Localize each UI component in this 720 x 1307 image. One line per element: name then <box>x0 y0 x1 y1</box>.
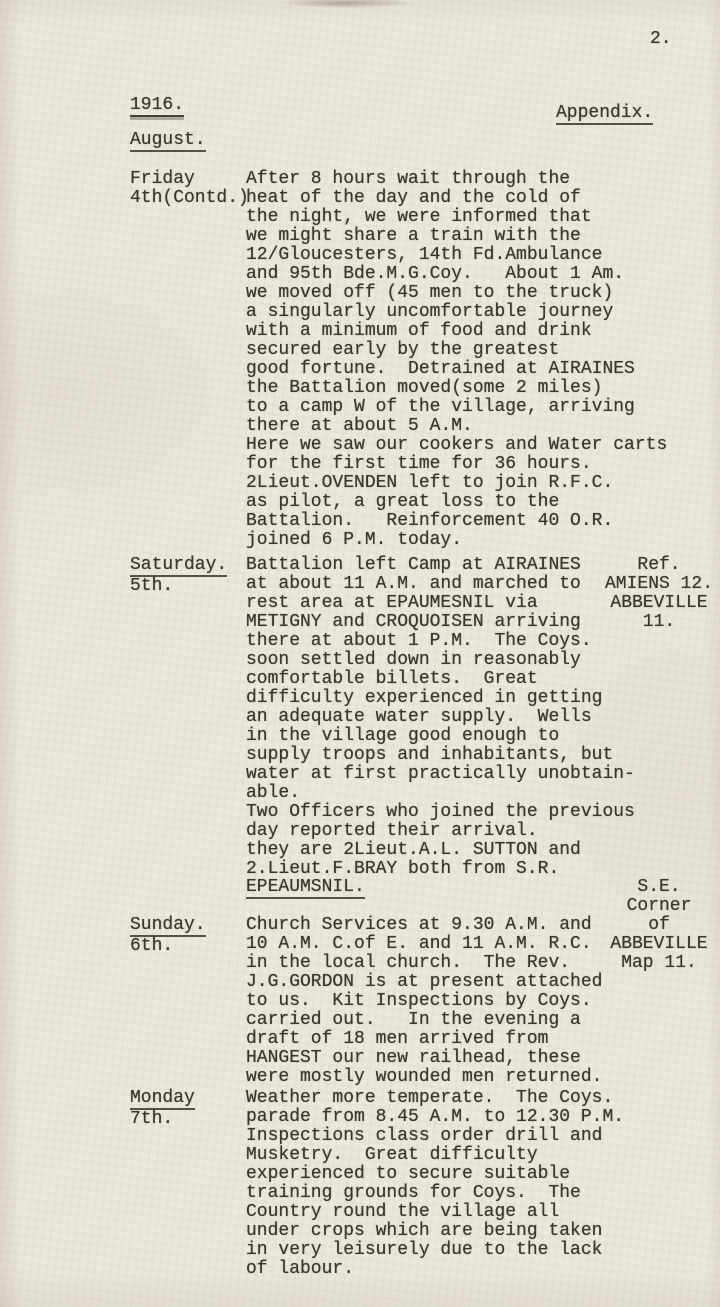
entry-day-name: Monday <box>130 1089 195 1110</box>
entry-day: Saturday.5th. <box>130 556 246 596</box>
place-heading: EPEAUMSNIL. <box>246 878 600 899</box>
entry-day: Friday4th(Contd.) <box>130 170 246 208</box>
entry-day-name: Sunday. <box>130 916 206 937</box>
entry-body: Battalion left Camp at AIRAINES at about… <box>246 556 600 879</box>
appendix-heading: Appendix. <box>556 104 653 125</box>
entry-margin-note: of ABBEVILLE Map 11. <box>600 916 718 973</box>
diary-entry-saturday-5th: Saturday.5th. Battalion left Camp at AIR… <box>130 556 718 879</box>
appendix-heading-text: Appendix. <box>556 104 653 125</box>
entry-day: Monday7th. <box>130 1089 246 1129</box>
diary-page: 2. 1916. Appendix. August. Friday4th(Con… <box>0 0 720 1307</box>
entry-day-ordinal: 4th(Contd.) <box>130 189 246 208</box>
entry-body: After 8 hours wait through the heat of t… <box>246 170 600 550</box>
place-heading-margin-note: S.E. Corner <box>600 878 718 916</box>
entry-margin-note: Ref. AMIENS 12. ABBEVILLE 11. <box>600 556 718 632</box>
entry-day-ordinal: 5th. <box>130 577 246 596</box>
year-heading-text: 1916. <box>130 96 184 115</box>
entry-day-ordinal: 7th. <box>130 1110 246 1129</box>
diary-entry-friday-4th: Friday4th(Contd.) After 8 hours wait thr… <box>130 170 718 550</box>
entry-body: Church Services at 9.30 A.M. and 10 A.M.… <box>246 916 600 1087</box>
month-heading: August. <box>130 131 206 152</box>
entry-body: Weather more temperate. The Coys. parade… <box>246 1089 600 1279</box>
place-heading-row: EPEAUMSNIL. S.E. Corner <box>130 878 718 916</box>
diary-entry-sunday-6th: Sunday.6th. Church Services at 9.30 A.M.… <box>130 916 718 1087</box>
entry-day-ordinal: 6th. <box>130 937 246 956</box>
entry-day-name: Friday <box>130 170 195 189</box>
entry-day: Sunday.6th. <box>130 916 246 956</box>
diary-entry-monday-7th: Monday7th. Weather more temperate. The C… <box>130 1089 718 1279</box>
entry-day-name: Saturday. <box>130 556 227 577</box>
page-number: 2. <box>650 30 672 49</box>
year-heading: 1916. <box>130 96 184 115</box>
month-heading-text: August. <box>130 131 206 152</box>
place-heading-text: EPEAUMSNIL. <box>246 878 365 899</box>
